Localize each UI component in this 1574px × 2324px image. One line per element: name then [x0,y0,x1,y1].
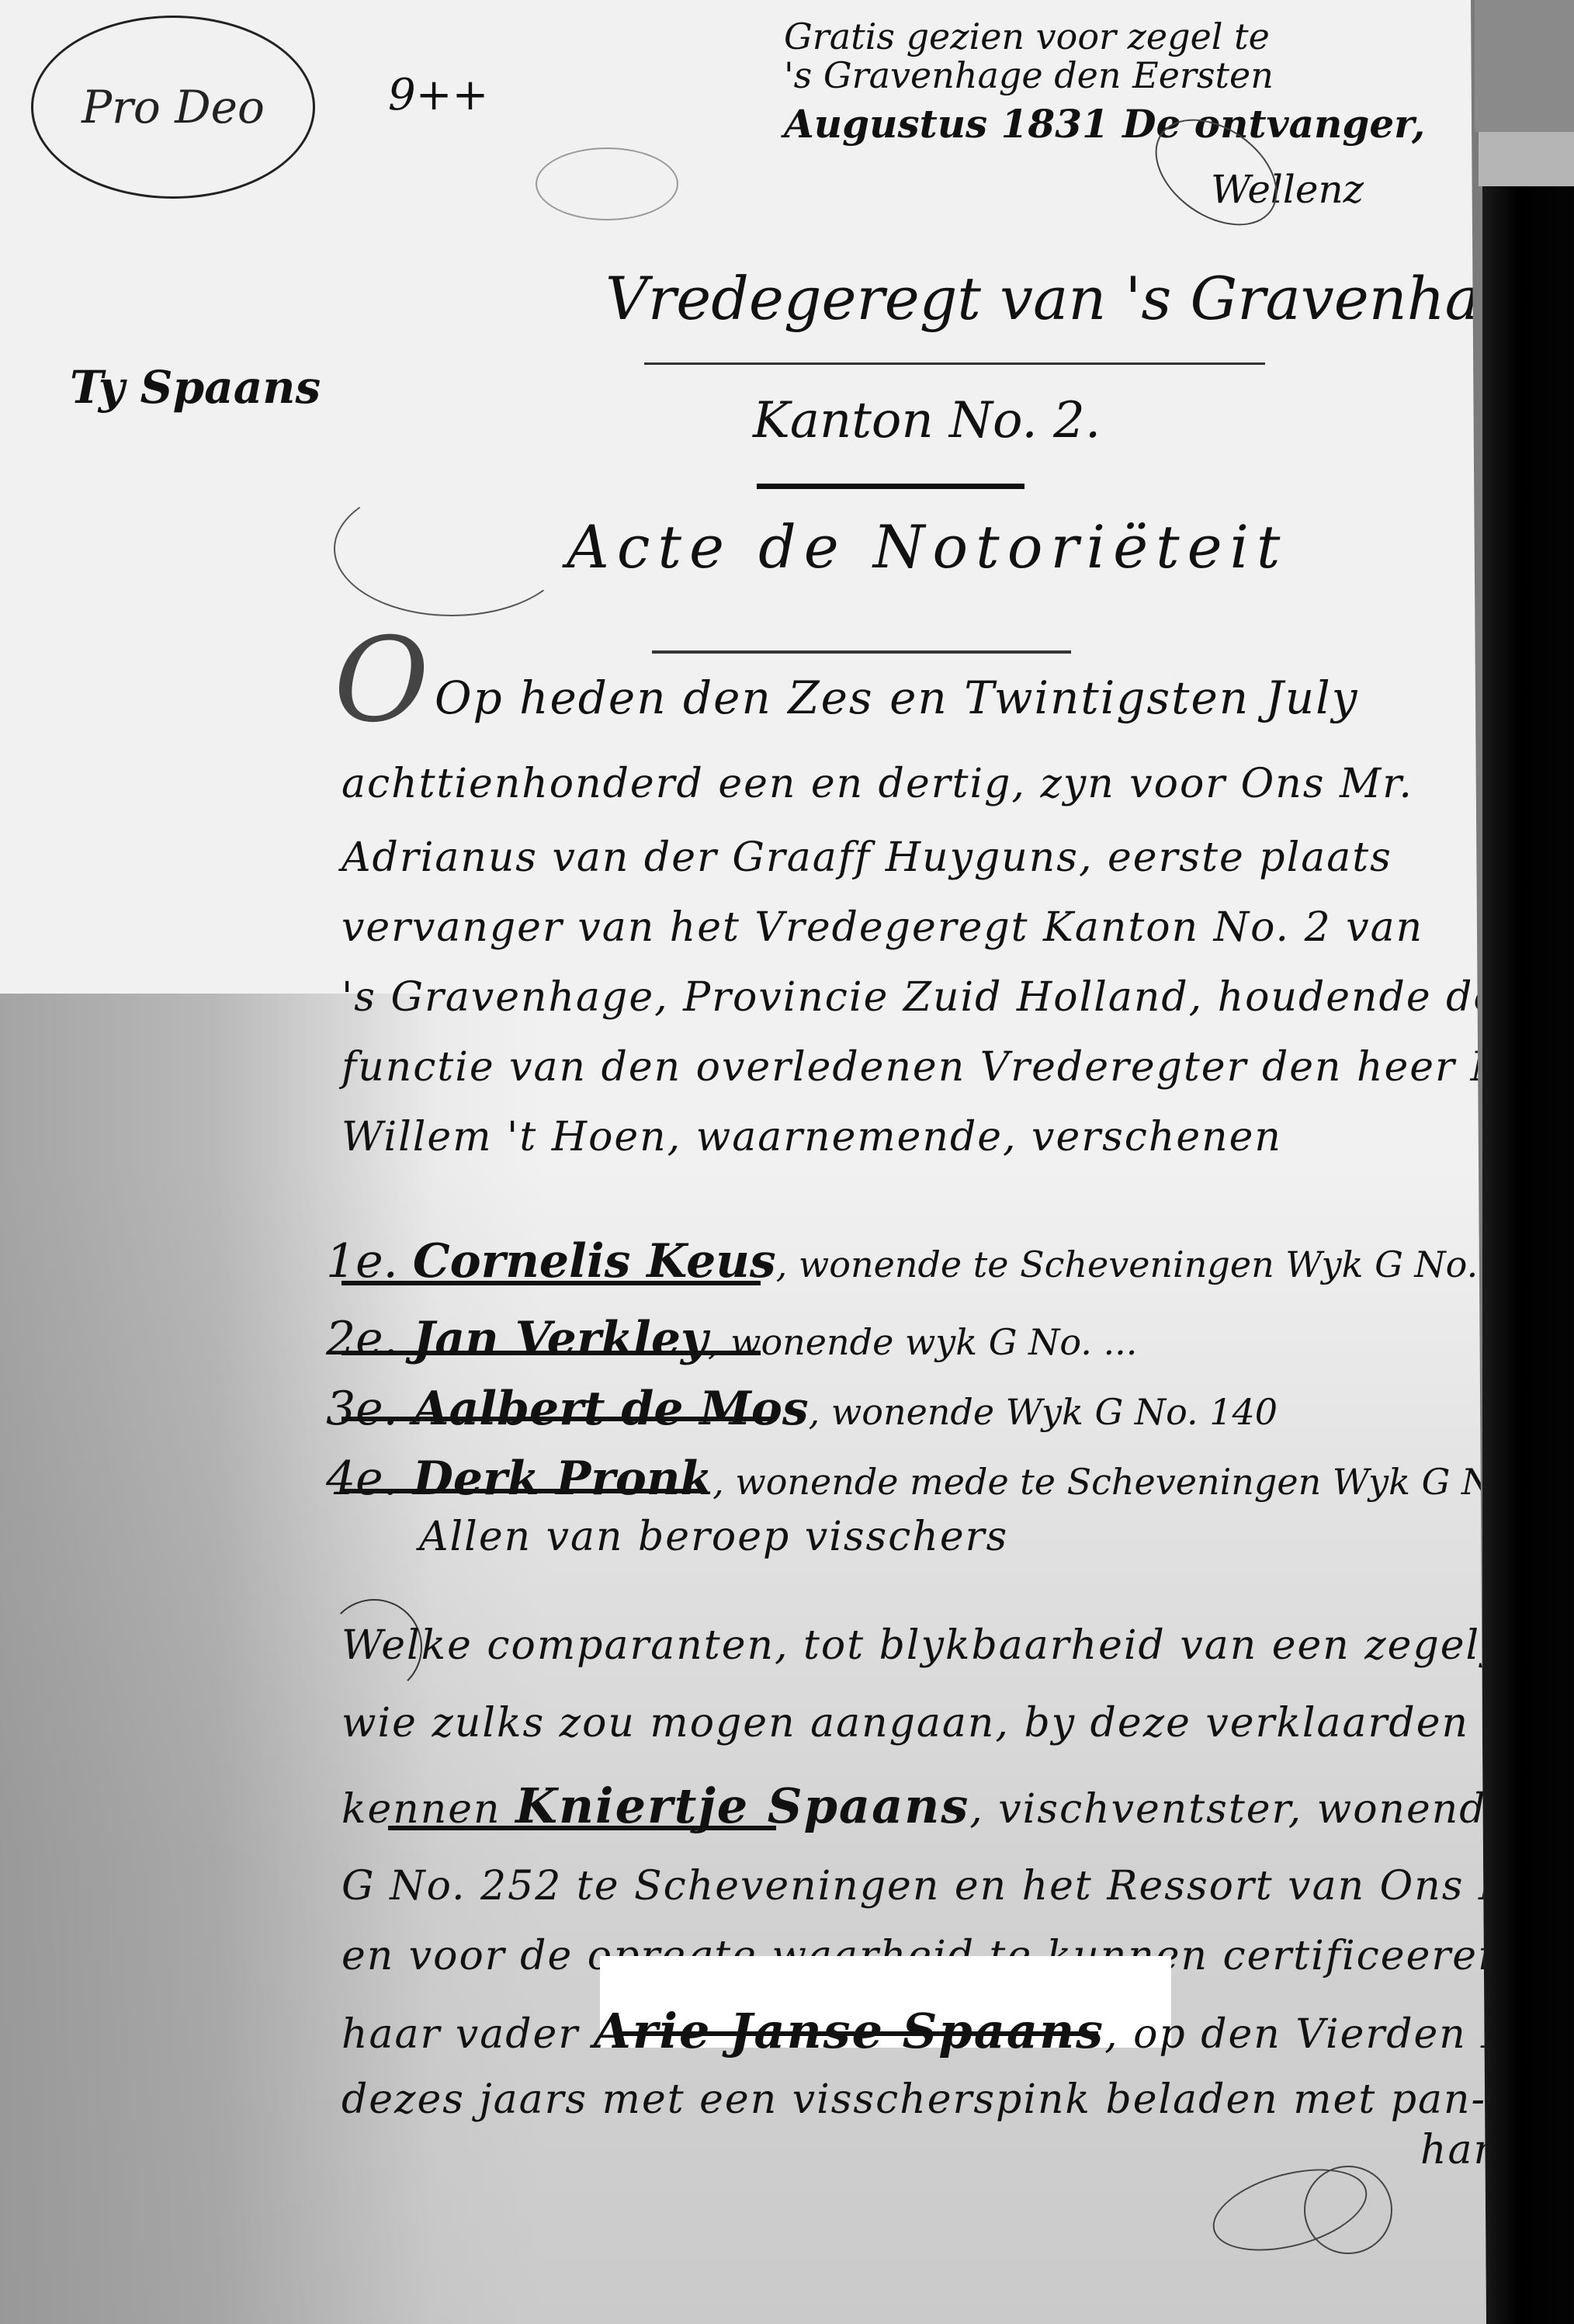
witness-row: 3e. Aalbert de Mos, wonende Wyk G No. 14… [326,1382,1278,1436]
witness-name: Aalbert de Mos [413,1382,809,1436]
paragraph-line: dezes jaars met een visscherspink belade… [341,2076,1486,2123]
paragraph-line: functie van den overledenen Vrederegter … [341,1044,1544,1091]
court-heading: Vredegeregt van 's Gravenhage [605,264,1553,333]
paragraph-line: Adrianus van der Graaff Huyguns, eerste … [341,834,1392,881]
text-fragment: haar vader [341,2011,579,2058]
paragraph-line: Welke comparanten, tot blykbaarheid van … [341,1622,1545,1669]
witness-name: Jan Verkley [413,1312,708,1366]
background-shadow [1482,186,1574,2324]
witness-row: 4e. Derk Pronk, wonende mede te Scheveni… [326,1452,1574,1506]
paragraph-line: Willem 't Hoen, waarnemende, verschenen [341,1114,1282,1160]
drop-cap: O [334,613,429,748]
registration-note-line: Gratis gezien voor zegel te [784,16,1270,57]
witness-address: , wonende te Scheveningen Wyk G No. 128 [776,1244,1558,1285]
paragraph-line: 's Gravenhage, Provincie Zuid Holland, h… [341,974,1499,1021]
document-title: Acte de Notoriëteit [567,512,1288,581]
folio-number: 9++ [388,70,488,120]
heading-rule [757,484,1024,489]
heading-rule [644,362,1265,365]
decorative-flourish [334,481,570,616]
title-rule [652,650,1071,654]
paragraph-line: vervanger van het Vredegeregt Kanton No.… [341,904,1423,951]
margin-note: Ty Spaans [70,361,321,414]
witness-number: 4e. [326,1452,398,1506]
document-page: Pro Deo 9++ Gratis gezien voor zegel te … [0,0,1486,2324]
background-surface [1475,0,1574,132]
name-underline [617,2031,1098,2036]
name-underline [388,1826,776,1830]
registration-note-line: 's Gravenhage den Eersten [784,54,1274,96]
name-underline [341,1351,761,1355]
occupation-line: Allen van beroep visschers [419,1514,1008,1560]
stamp-text: Pro Deo [81,81,265,134]
witness-name: Derk Pronk [413,1452,712,1506]
pro-deo-stamp: Pro Deo [31,16,315,199]
paragraph-line: wie zulks zou mogen aangaan, by deze ver… [341,1700,1574,1746]
paragraph-line: G No. 252 te Scheveningen en het Ressort… [341,1863,1574,1909]
name-underline [341,1489,702,1493]
witness-number: 3e. [326,1382,398,1436]
background-surface [1479,132,1574,186]
name-underline [341,1417,776,1421]
witness-address: , wonende wyk G No. ... [708,1321,1138,1363]
witness-address: , wonende mede te Scheveningen Wyk G No.… [712,1461,1574,1503]
witness-number: 2e. [326,1312,398,1366]
witness-row: 2e. Jan Verkley, wonende wyk G No. ... [326,1312,1137,1366]
paragraph-line: achttienhonderd een en dertig, zyn voor … [341,761,1413,807]
canton-heading: Kanton No. 2. [753,392,1101,449]
witness-address: , wonende Wyk G No. 140 [809,1391,1278,1433]
decorative-flourish [1304,2166,1392,2254]
decorative-flourish [536,147,678,220]
paragraph-line: Op heden den Zes en Twintigsten July [435,671,1358,724]
name-underline [341,1281,761,1285]
registration-note-line: Augustus 1831 De ontvanger, [784,101,1425,147]
